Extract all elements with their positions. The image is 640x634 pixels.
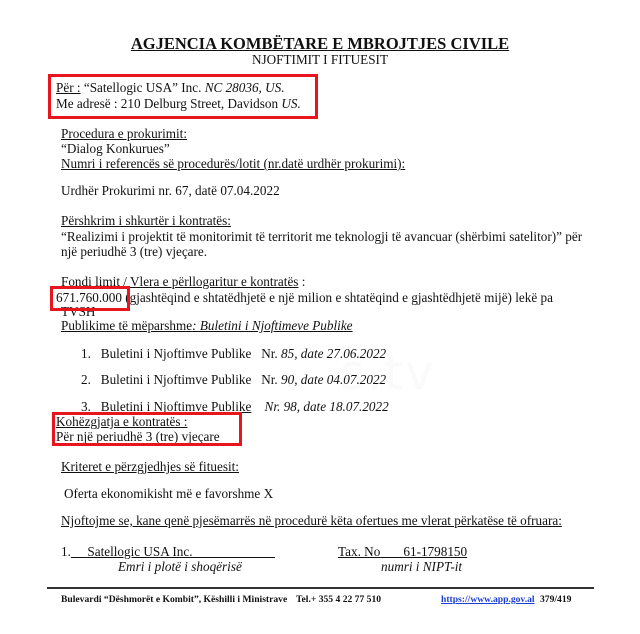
participant-name-caption: Emri i plotë i shoqërisë (118, 559, 242, 574)
highlight-duration (52, 412, 242, 446)
item-name: Buletini i Njoftimve Publike (101, 346, 252, 361)
document-title: AGJENCIA KOMBËTARE E MBROJTJES CIVILE (0, 35, 640, 53)
item-detail: Nr. 98, date 18.07.2022 (265, 399, 389, 414)
highlight-recipient (48, 74, 318, 119)
description-line-1: “Realizimi i projektit të monitorimit të… (61, 229, 582, 244)
fund-label-suffix: : (298, 274, 305, 289)
item-name: Buletini i Njoftimve Publike (101, 372, 252, 387)
footer-phone: Tel.+ 355 4 22 77 510 (296, 594, 381, 606)
participant-tax-caption: numri i NIPT-it (381, 559, 462, 574)
footer-page-number: 379/419 (540, 594, 571, 606)
item-detail: 90, date 04.07.2022 (281, 372, 386, 387)
fund-amount-words: (gjashtëqind e shtatëdhjetë e një milion… (122, 290, 553, 305)
criteria-value: Oferta ekonomikisht më e favorshme X (64, 486, 273, 501)
participant-name: Satellogic USA Inc. (87, 544, 192, 559)
item-num: 2. (81, 372, 91, 387)
footer-address: Bulevardi “Dëshmorët e Kombit”, Këshilli… (61, 594, 287, 606)
criteria-label: Kriteret e përzgjedhjes së fituesit: (61, 459, 239, 474)
procedure-value: “Dialog Konkurues” (61, 141, 170, 156)
reference-label: Numri i referencës së procedurës/lotit (… (61, 156, 405, 171)
document-subtitle: NJOFTIMIT I FITUESIT (0, 52, 640, 67)
participant-num: 1. (61, 544, 71, 559)
publication-item: 1. Buletini i Njoftimve Publike Nr. 85, … (81, 346, 386, 361)
description-line-2: një periudhë 3 (tre) vjeçare. (61, 244, 207, 259)
reference-value: Urdhër Prokurimi nr. 67, datë 07.04.2022 (61, 183, 280, 198)
description-label: Përshkrim i shkurtër i kontratës: (61, 213, 231, 228)
footer-link[interactable]: https://www.app.gov.al (441, 594, 535, 606)
highlight-amount (50, 286, 130, 311)
item-num: 1. (81, 346, 91, 361)
footer-url[interactable]: https://www.app.gov.al (441, 594, 535, 605)
participants-label: Njoftojme se, kane qenë pjesëmarrës në p… (61, 513, 562, 528)
footer-divider (47, 587, 594, 589)
procedure-label: Procedura e prokurimit: (61, 126, 187, 141)
tax-label: Tax. No (338, 544, 380, 559)
publications-label: Publikime të mëparshme (61, 318, 192, 333)
item-nr: Nr. (261, 346, 281, 361)
item-nr: Nr. (261, 372, 281, 387)
participant-tax: Tax. No 61-1798150 (338, 544, 467, 559)
item-detail: 85, date 27.06.2022 (281, 346, 386, 361)
publications-suffix: : Buletini i Njoftimeve Publike (192, 318, 352, 333)
participant-row: 1. Satellogic USA Inc. (61, 544, 275, 559)
publications-line: Publikime të mëparshme: Buletini i Njoft… (61, 318, 353, 333)
fund-amount-line: 671.760.000 (gjashtëqind e shtatëdhjetë … (56, 290, 553, 305)
tax-value: 61-1798150 (403, 544, 467, 559)
publication-item: 2. Buletini i Njoftimve Publike Nr. 90, … (81, 372, 386, 387)
